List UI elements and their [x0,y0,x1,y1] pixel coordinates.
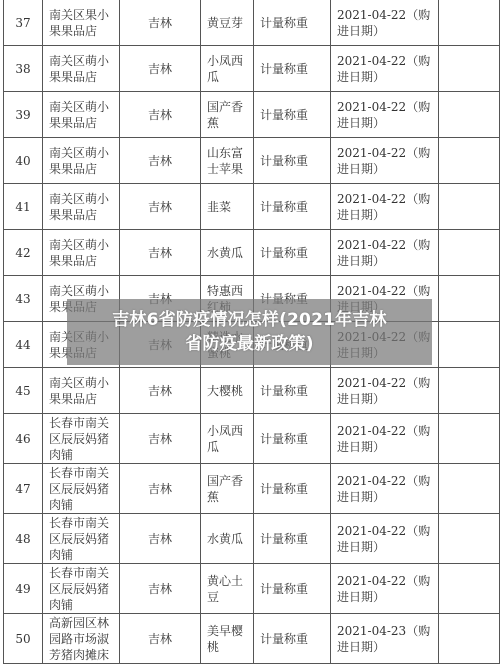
measure-method-cell: 计量称重 [254,564,331,614]
store-name-cell: 南关区萌小果果品店 [43,368,120,414]
product-name-cell: 国产香蕉 [201,92,254,138]
store-name-cell: 南关区果小果果品店 [43,0,120,46]
measure-method-cell: 计量称重 [254,46,331,92]
note-cell [439,464,500,514]
purchase-date-cell: 2021-04-22（购进日期） [331,414,439,464]
product-name-cell: 黄心土豆 [201,564,254,614]
product-name-cell: 水黄瓜 [201,514,254,564]
measure-method-cell: 计量称重 [254,184,331,230]
region-cell: 吉林 [120,414,201,464]
title-overlay-banner: 吉林6省防疫情况怎样(2021年吉林 省防疫最新政策) [67,299,432,365]
measure-method-cell: 计量称重 [254,138,331,184]
note-cell [439,0,500,46]
store-name-cell: 南关区萌小果果品店 [43,92,120,138]
product-name-cell: 小凤西瓜 [201,414,254,464]
row-number-cell: 42 [4,230,43,276]
purchase-date-cell: 2021-04-23（购进日期） [331,614,439,664]
product-name-cell: 黄豆芽 [201,0,254,46]
region-cell: 吉林 [120,0,201,46]
table-row: 50高新园区林园路市场淑芳猪肉摊床吉林美早樱桃计量称重2021-04-23（购进… [4,614,500,664]
note-cell [439,322,500,368]
note-cell [439,230,500,276]
region-cell: 吉林 [120,564,201,614]
row-number-cell: 46 [4,414,43,464]
product-name-cell: 国产香蕉 [201,464,254,514]
table-row: 48长春市南关区辰辰妈猪肉铺吉林水黄瓜计量称重2021-04-22（购进日期） [4,514,500,564]
row-number-cell: 38 [4,46,43,92]
purchase-date-cell: 2021-04-22（购进日期） [331,184,439,230]
measure-method-cell: 计量称重 [254,92,331,138]
purchase-date-cell: 2021-04-22（购进日期） [331,230,439,276]
note-cell [439,564,500,614]
table-row: 37南关区果小果果品店吉林黄豆芽计量称重2021-04-22（购进日期） [4,0,500,46]
region-cell: 吉林 [120,464,201,514]
note-cell [439,92,500,138]
store-name-cell: 高新园区林园路市场淑芳猪肉摊床 [43,614,120,664]
note-cell [439,138,500,184]
purchase-date-cell: 2021-04-22（购进日期） [331,138,439,184]
region-cell: 吉林 [120,138,201,184]
product-name-cell: 大樱桃 [201,368,254,414]
row-number-cell: 47 [4,464,43,514]
table-row: 45南关区萌小果果品店吉林大樱桃计量称重2021-04-22（购进日期） [4,368,500,414]
note-cell [439,514,500,564]
purchase-date-cell: 2021-04-22（购进日期） [331,92,439,138]
region-cell: 吉林 [120,514,201,564]
table-row: 40南关区萌小果果品店吉林山东富士苹果计量称重2021-04-22（购进日期） [4,138,500,184]
store-name-cell: 长春市南关区辰辰妈猪肉铺 [43,564,120,614]
region-cell: 吉林 [120,184,201,230]
purchase-date-cell: 2021-04-22（购进日期） [331,368,439,414]
table-row: 38南关区萌小果果品店吉林小凤西瓜计量称重2021-04-22（购进日期） [4,46,500,92]
measure-method-cell: 计量称重 [254,230,331,276]
measure-method-cell: 计量称重 [254,368,331,414]
row-number-cell: 37 [4,0,43,46]
overlay-title-line-2: 省防疫最新政策) [185,332,313,356]
note-cell [439,368,500,414]
store-name-cell: 长春市南关区辰辰妈猪肉铺 [43,514,120,564]
region-cell: 吉林 [120,614,201,664]
row-number-cell: 41 [4,184,43,230]
row-number-cell: 43 [4,276,43,322]
note-cell [439,614,500,664]
measure-method-cell: 计量称重 [254,0,331,46]
table-row: 39南关区萌小果果品店吉林国产香蕉计量称重2021-04-22（购进日期） [4,92,500,138]
product-name-cell: 水黄瓜 [201,230,254,276]
row-number-cell: 49 [4,564,43,614]
note-cell [439,46,500,92]
note-cell [439,276,500,322]
product-name-cell: 山东富士苹果 [201,138,254,184]
store-name-cell: 南关区萌小果果品店 [43,184,120,230]
measure-method-cell: 计量称重 [254,614,331,664]
product-name-cell: 韭菜 [201,184,254,230]
note-cell [439,414,500,464]
store-name-cell: 长春市南关区辰辰妈猪肉铺 [43,414,120,464]
region-cell: 吉林 [120,230,201,276]
purchase-date-cell: 2021-04-22（购进日期） [331,0,439,46]
table-row: 46长春市南关区辰辰妈猪肉铺吉林小凤西瓜计量称重2021-04-22（购进日期） [4,414,500,464]
table-row: 42南关区萌小果果品店吉林水黄瓜计量称重2021-04-22（购进日期） [4,230,500,276]
row-number-cell: 39 [4,92,43,138]
table-row: 41南关区萌小果果品店吉林韭菜计量称重2021-04-22（购进日期） [4,184,500,230]
region-cell: 吉林 [120,92,201,138]
store-name-cell: 南关区萌小果果品店 [43,138,120,184]
purchase-date-cell: 2021-04-22（购进日期） [331,464,439,514]
row-number-cell: 44 [4,322,43,368]
purchase-date-cell: 2021-04-22（购进日期） [331,514,439,564]
store-name-cell: 南关区萌小果果品店 [43,230,120,276]
store-name-cell: 南关区萌小果果品店 [43,46,120,92]
purchase-date-cell: 2021-04-22（购进日期） [331,46,439,92]
note-cell [439,184,500,230]
region-cell: 吉林 [120,46,201,92]
table-row: 49长春市南关区辰辰妈猪肉铺吉林黄心土豆计量称重2021-04-22（购进日期） [4,564,500,614]
product-name-cell: 小凤西瓜 [201,46,254,92]
overlay-title-line-1: 吉林6省防疫情况怎样(2021年吉林 [112,308,387,332]
store-name-cell: 长春市南关区辰辰妈猪肉铺 [43,464,120,514]
measure-method-cell: 计量称重 [254,464,331,514]
measure-method-cell: 计量称重 [254,514,331,564]
row-number-cell: 40 [4,138,43,184]
purchase-date-cell: 2021-04-22（购进日期） [331,564,439,614]
product-name-cell: 美早樱桃 [201,614,254,664]
table-row: 47长春市南关区辰辰妈猪肉铺吉林国产香蕉计量称重2021-04-22（购进日期） [4,464,500,514]
row-number-cell: 48 [4,514,43,564]
region-cell: 吉林 [120,368,201,414]
measure-method-cell: 计量称重 [254,414,331,464]
row-number-cell: 50 [4,614,43,664]
row-number-cell: 45 [4,368,43,414]
